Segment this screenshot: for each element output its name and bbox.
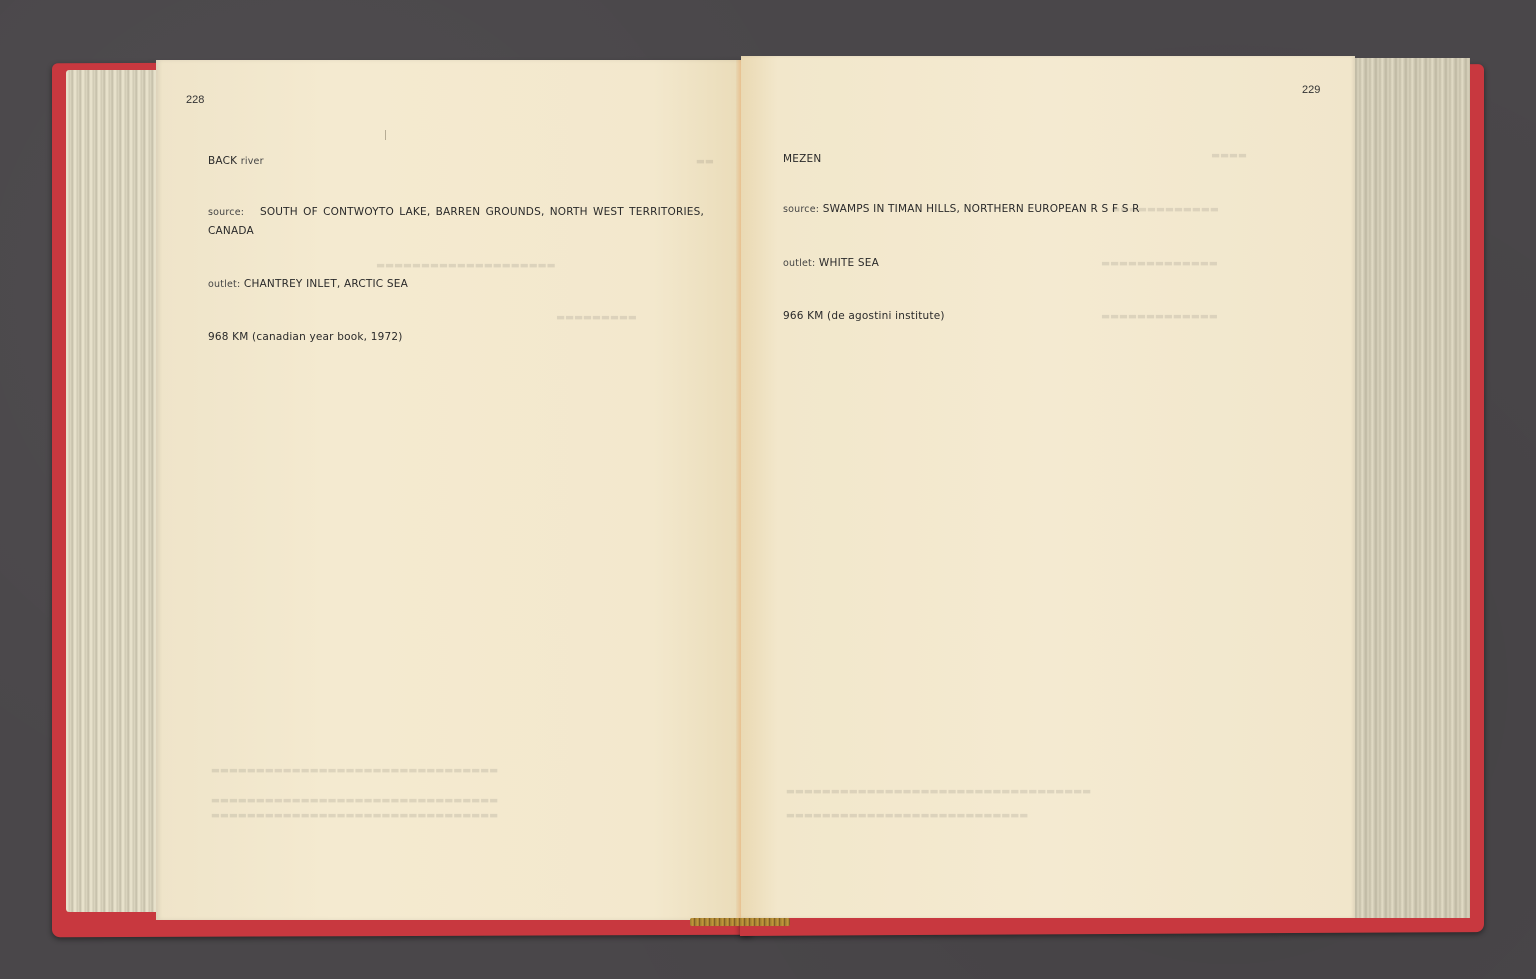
outlet-value: CHANTREY INLET, ARCTIC SEA [244,278,408,290]
source-label: source: [783,204,819,215]
river-name-suffix: river [241,156,264,167]
entry-source: source: SWAMPS IN TIMAN HILLS, NORTHERN … [783,203,1140,215]
page-number: 229 [1302,84,1320,96]
river-name: MEZEN [783,153,821,165]
entry-length: 968 KM (canadian year book, 1972) [208,331,403,343]
length-value: 968 KM (canadian year book, 1972) [208,331,403,343]
outlet-label: outlet: [208,279,240,290]
show-through-text: ▬▬▬▬▬▬▬▬▬ [556,312,637,323]
page-number: 228 [186,94,204,106]
show-through-text: ▬▬▬▬▬▬▬▬▬▬▬▬ [1111,204,1219,215]
show-through-text: ▬▬▬▬▬▬▬▬▬▬▬▬▬▬▬▬▬▬▬▬ [376,260,556,271]
entry-title: MEZEN [783,153,821,165]
entry-source: source: SOUTH OF CONTWOYTO LAKE, BARREN … [208,203,704,241]
entry-title: BACK river [208,155,264,167]
source-value: SWAMPS IN TIMAN HILLS, NORTHERN EUROPEAN… [823,203,1140,215]
show-through-text: ▬▬▬▬▬▬▬▬▬▬▬▬▬▬▬▬▬▬▬▬▬▬▬▬▬▬▬ [786,810,1028,821]
outlet-value: WHITE SEA [819,257,879,269]
show-through-text: ▬▬▬▬ [1211,150,1247,161]
show-through-text: ▬▬▬▬▬▬▬▬▬▬▬▬▬ [1101,258,1218,269]
source-value: SOUTH OF CONTWOYTO LAKE, BARREN GROUNDS,… [208,206,704,237]
show-through-text: ▬▬▬▬▬▬▬▬▬▬▬▬▬▬▬▬▬▬▬▬▬▬▬▬▬▬▬▬▬▬▬▬ [211,795,498,806]
entry-outlet: outlet: WHITE SEA [783,257,879,269]
show-through-text: ▬▬▬▬▬▬▬▬▬▬▬▬▬▬▬▬▬▬▬▬▬▬▬▬▬▬▬▬▬▬▬▬ [211,765,498,776]
page-stack-left [66,70,162,912]
source-label: source: [208,207,244,218]
left-page: 228 BACK river source: SOUTH OF CONTWOYT… [156,60,741,920]
show-through-text: ▬▬▬▬▬▬▬▬▬▬▬▬▬ [1101,311,1218,322]
show-through-text: ▬▬▬▬▬▬▬▬▬▬▬▬▬▬▬▬▬▬▬▬▬▬▬▬▬▬▬▬▬▬▬▬ [211,810,498,821]
right-page: 229 MEZEN source: SWAMPS IN TIMAN HILLS,… [741,56,1355,918]
page-stack-right [1352,58,1470,918]
outlet-label: outlet: [783,258,815,269]
length-value: 966 KM (de agostini institute) [783,310,945,322]
entry-outlet: outlet: CHANTREY INLET, ARCTIC SEA [208,278,408,290]
open-book: 228 BACK river source: SOUTH OF CONTWOYT… [0,0,1536,979]
show-through-text: ▬▬ [696,156,714,167]
show-through-text: ▬▬▬▬▬▬▬▬▬▬▬▬▬▬▬▬▬▬▬▬▬▬▬▬▬▬▬▬▬▬▬▬▬▬ [786,786,1091,797]
book-headband [690,918,790,926]
river-name: BACK [208,155,237,167]
print-mark [385,130,386,140]
entry-length: 966 KM (de agostini institute) [783,310,945,322]
